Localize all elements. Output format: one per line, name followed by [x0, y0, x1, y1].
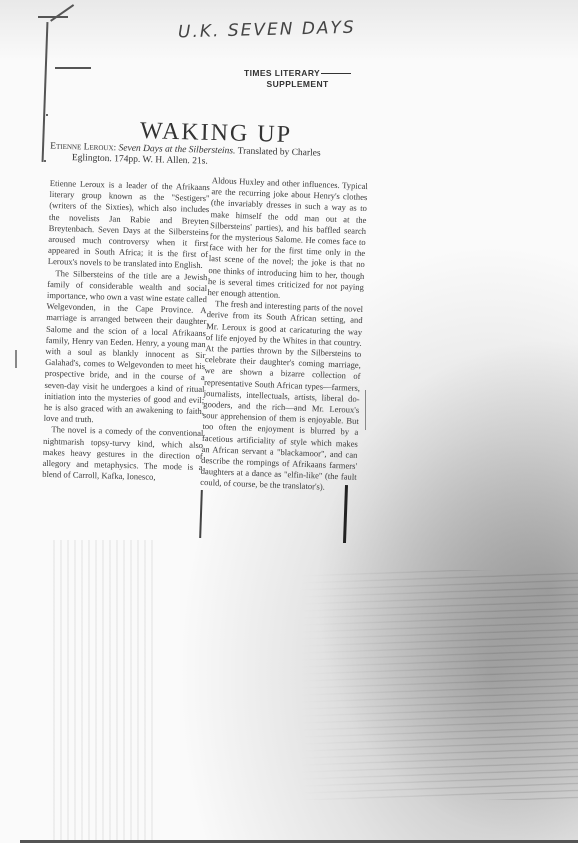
- photocopy-streaks-vertical: [48, 540, 158, 840]
- article-left-column: Etienne Leroux is a leader of the Afrika…: [42, 178, 210, 485]
- bullet-dot: [44, 160, 46, 162]
- masthead-line-2: SUPPLEMENT: [244, 79, 351, 90]
- pen-dash-mark: [55, 67, 91, 69]
- paragraph: The fresh and interesting parts of the n…: [200, 298, 363, 494]
- masthead-line-1: TIMES LITERARY: [244, 68, 320, 78]
- citation-separator: :: [113, 143, 116, 153]
- paragraph: The Silbersteins of the title are a Jewi…: [44, 268, 208, 429]
- bullet-dot: [46, 114, 48, 116]
- citation-translator: Translated by Charles: [238, 146, 321, 158]
- margin-mark: [15, 350, 17, 368]
- paragraph: Aldous Huxley and other influences. Typi…: [207, 175, 368, 304]
- photocopy-streaks: [300, 570, 578, 800]
- column-edge-mark: [365, 390, 366, 430]
- paragraph: Etienne Leroux is a leader of the Afrika…: [48, 178, 210, 272]
- masthead-rule: [321, 73, 351, 74]
- citation-author: Etienne Leroux: [50, 142, 114, 154]
- publication-masthead: TIMES LITERARY SUPPLEMENT: [244, 68, 351, 90]
- paragraph: The novel is a comedy of the conventiona…: [42, 424, 203, 484]
- article-right-column: Aldous Huxley and other influences. Typi…: [200, 175, 368, 494]
